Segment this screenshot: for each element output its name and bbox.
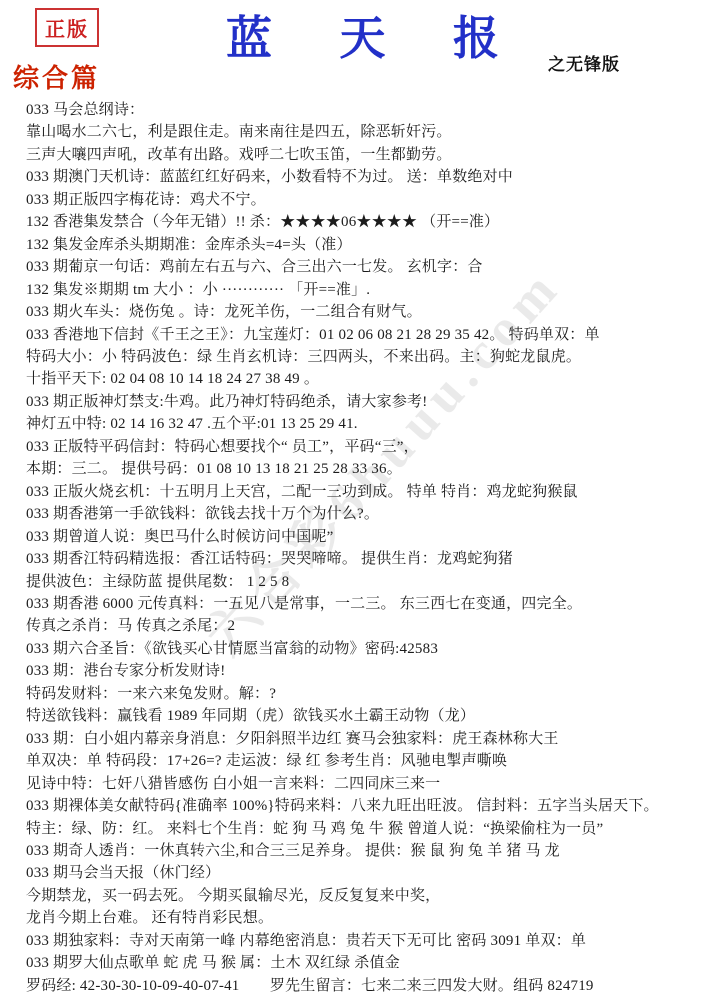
text-line: 033 正版火烧玄机：十五明月上天宫，二配一三功到成。 特单 特肖：鸡龙蛇狗猴鼠 <box>26 481 717 503</box>
text-line: 三声大嚷四声吼，改革有出路。戏呼二七吹玉笛，一生都勤劳。 <box>26 144 717 166</box>
text-line: 提供波色：主绿防蓝 提供尾数： 1 2 5 8 <box>26 571 717 593</box>
text-line: 靠山喝水二六七，利是跟住走。南来南往是四五，除恶斩奸污。 <box>26 121 717 143</box>
text-line: 今期禁龙，买一码去死。 今期买鼠输尽光，反反复复来中奖， <box>26 885 717 907</box>
text-line: 罗码经: 42-30-30-10-09-40-07-41 罗先生留言：七来二来三… <box>26 975 717 997</box>
text-line: 033 期奇人透肖：一休真转六尘,和合三三足养身。 提供：猴 鼠 狗 兔 羊 猪… <box>26 840 717 862</box>
text-line: 033 期香江特码精选报：香江话特码：哭哭啼啼。 提供生肖：龙鸡蛇狗猪 <box>26 548 717 570</box>
text-line: 033 期正版四字梅花诗：鸡犬不宁。 <box>26 189 717 211</box>
text-line: 132 集发金库杀头期期准：金库杀头=4=头（准） <box>26 234 717 256</box>
text-line: 033 期六合圣旨：《欲钱买心甘情愿当富翁的动物》密码:42583 <box>26 638 717 660</box>
text-line: 神灯五中特: 02 14 16 32 47 .五个平:01 13 25 29 4… <box>26 413 717 435</box>
text-line: 特码大小：小 特码波色：绿 生肖玄机诗：三四两头，不来出码。主：狗蛇龙鼠虎。 <box>26 346 717 368</box>
text-line: 见诗中特：七奸八猎皆感伤 白小姐一言来料：二四同床三来一 <box>26 773 717 795</box>
text-line: 033 期罗大仙点歌单 蛇 虎 马 猴 属：土木 双红绿 杀值金 <box>26 952 717 974</box>
newspaper-page: 六合彩6huuu.com 正版 蓝 天 报 之无锋版 综合篇 033 马会总纲诗… <box>0 0 725 997</box>
text-line: 033 期香港 6000 元传真料：一五见八是常事，一二三。 东三西七在变通，四… <box>26 593 717 615</box>
text-line: 033 期澳门天机诗：蓝蓝红红好码来，小数看特不为过。 送：单数绝对中 <box>26 166 717 188</box>
text-line: 033 期葡京一句话：鸡前左右五与六、合三出六一七发。 玄机字：合 <box>26 256 717 278</box>
text-line: 单双决：单 特码段：17+26=? 走运波：绿 红 参考生肖：风驰电掣声嘶唤 <box>26 750 717 772</box>
text-line: 特主：绿、防：红。 来料七个生肖：蛇 狗 马 鸡 兔 牛 猴 曾道人说：“换梁偷… <box>26 818 717 840</box>
text-line: 033 期裸体美女献特码{准确率 100%}特码来料：八来九旺出旺波。 信封料：… <box>26 795 717 817</box>
report-body: 033 马会总纲诗： 靠山喝水二六七，利是跟住走。南来南往是四五，除恶斩奸污。 … <box>26 99 717 997</box>
section-heading: 综合篇 <box>13 58 100 95</box>
text-line: 033 期：港台专家分析发财诗! <box>26 660 717 682</box>
text-line: 033 正版特平码信封：特码心想要找个“ 员工”，平码“三”， <box>26 436 717 458</box>
text-line: 特码发财料：一来六来兔发财。解：? <box>26 683 717 705</box>
text-line: 033 马会总纲诗： <box>26 99 717 121</box>
text-line: 本期：三二。 提供号码：01 08 10 13 18 21 25 28 33 3… <box>26 458 717 480</box>
text-line: 033 期：白小姐内幕亲身消息：夕阳斜照半边红 赛马会独家料：虎王森林称大王 <box>26 728 717 750</box>
text-line: 十指平天下: 02 04 08 10 14 18 24 27 38 49 。 <box>26 368 717 390</box>
text-line: 033 期火车头：烧伤兔 。诗：龙死羊伤，一二组合有财气。 <box>26 301 717 323</box>
text-line: 龙肖今期上台难。 还有特肖彩民想。 <box>26 907 717 929</box>
text-line: 132 集发※期期 tm 大小 ：小 ············ 「开==准」. <box>26 279 717 301</box>
text-line: 033 期马会当天报（休门经） <box>26 862 717 884</box>
text-line: 033 香港地下信封《千王之王》：九宝莲灯：01 02 06 08 21 28 … <box>26 324 717 346</box>
text-line: 033 期独家料：寺对天南第一峰 内幕绝密消息：贵若天下无可比 密码 3091 … <box>26 930 717 952</box>
text-line: 传真之杀肖：马 传真之杀尾：2 <box>26 615 717 637</box>
text-line: 033 期曾道人说：奥巴马什么时候访问中国呢” <box>26 526 717 548</box>
text-line: 033 期正版神灯禁支:牛鸡。此乃神灯特码绝杀，请大家参考! <box>26 391 717 413</box>
edition-label: 之无锋版 <box>548 50 620 75</box>
text-line: 033 期香港第一手欲钱料：欲钱去找十万个为什么?。 <box>26 503 717 525</box>
text-line: 132 香港集发禁合（今年无错）!! 杀：★★★★06★★★★ （开==准） <box>26 211 717 233</box>
text-line: 特送欲钱料：赢钱看 1989 年同期（虎）欲钱买水土霸王动物（龙） <box>26 705 717 727</box>
